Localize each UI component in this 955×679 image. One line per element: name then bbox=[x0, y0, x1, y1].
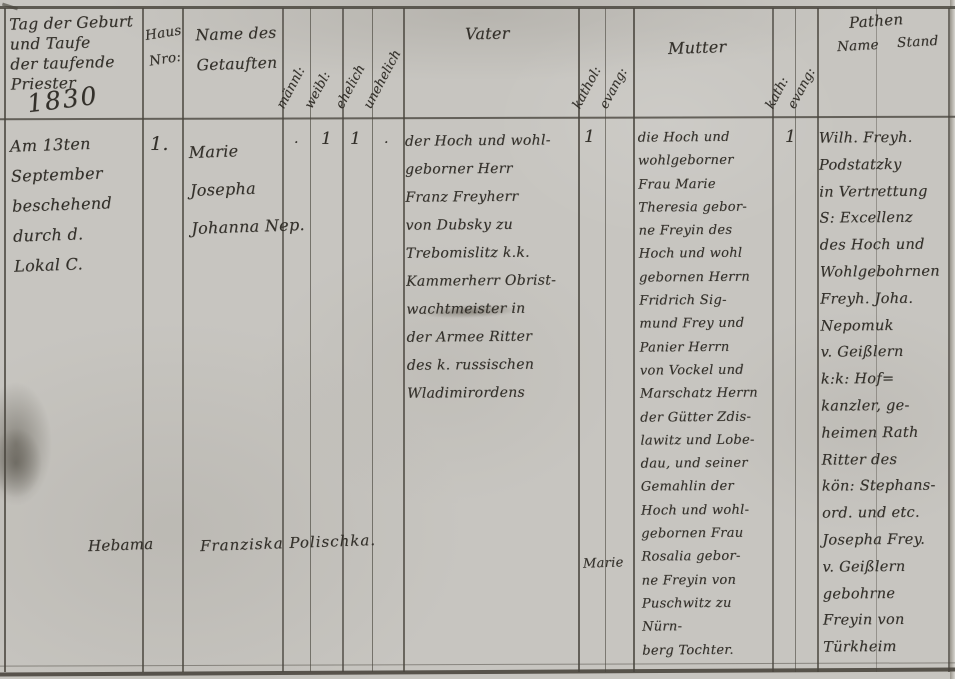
record-female-mark: 1 bbox=[321, 128, 332, 150]
header-godparents-rank-subcolumn: Stand bbox=[897, 33, 939, 53]
record-house-number-cell: 1. bbox=[150, 132, 169, 157]
baptism-register-scan: Tag der Geburt und Taufe der taufende Pr… bbox=[0, 0, 955, 679]
record-date-cell: Am 13ten September beschehend durch d. L… bbox=[9, 128, 114, 281]
header-mother-column: Mutter bbox=[668, 37, 727, 60]
record-mother-name-insertion: Marie bbox=[583, 555, 624, 573]
rule-col-name-left bbox=[182, 8, 184, 672]
ink-stain-left-dark bbox=[0, 428, 42, 498]
record-male-mark: · bbox=[294, 134, 299, 152]
rule-col-mother-left bbox=[633, 8, 635, 672]
record-child-name-cell: Marie Josepha Johanna Nep. bbox=[188, 130, 305, 248]
record-godparents-cell: Wilh. Freyh. Podstatzky in Vertrettung S… bbox=[819, 124, 955, 661]
record-illegitimate-mark: · bbox=[384, 134, 389, 152]
rule-left-border bbox=[4, 8, 6, 672]
record-mother-catholic-mark: 1 bbox=[785, 126, 796, 148]
rule-col-house-left bbox=[142, 8, 144, 672]
record-mother-cell: die Hoch und wohlgeborner Frau Marie The… bbox=[638, 125, 775, 662]
rule-col-godparents-left bbox=[817, 8, 819, 672]
header-godparents-name-subcolumn: Name bbox=[837, 37, 880, 57]
record-legitimate-mark: 1 bbox=[350, 128, 361, 150]
header-godparents-column: Pathen bbox=[848, 10, 904, 33]
record-father-cell: der Hoch und wohl- geborner Herr Franz F… bbox=[405, 126, 577, 407]
rule-col-father-left bbox=[403, 8, 405, 672]
header-father-column: Vater bbox=[465, 24, 510, 46]
header-child-name-column: Name des Getauften bbox=[195, 18, 278, 81]
header-illegitimate-column: unehelich bbox=[361, 48, 405, 112]
record-midwife-label: Hebama bbox=[88, 535, 154, 557]
ink-stain-left bbox=[0, 382, 52, 506]
record-midwife-name: Franziska Polischka. bbox=[200, 531, 377, 557]
header-mother-protestant-column: evang: bbox=[785, 66, 820, 112]
header-house-number-column: Haus Nro: bbox=[143, 17, 187, 74]
record-father-catholic-mark: 1 bbox=[584, 126, 595, 148]
